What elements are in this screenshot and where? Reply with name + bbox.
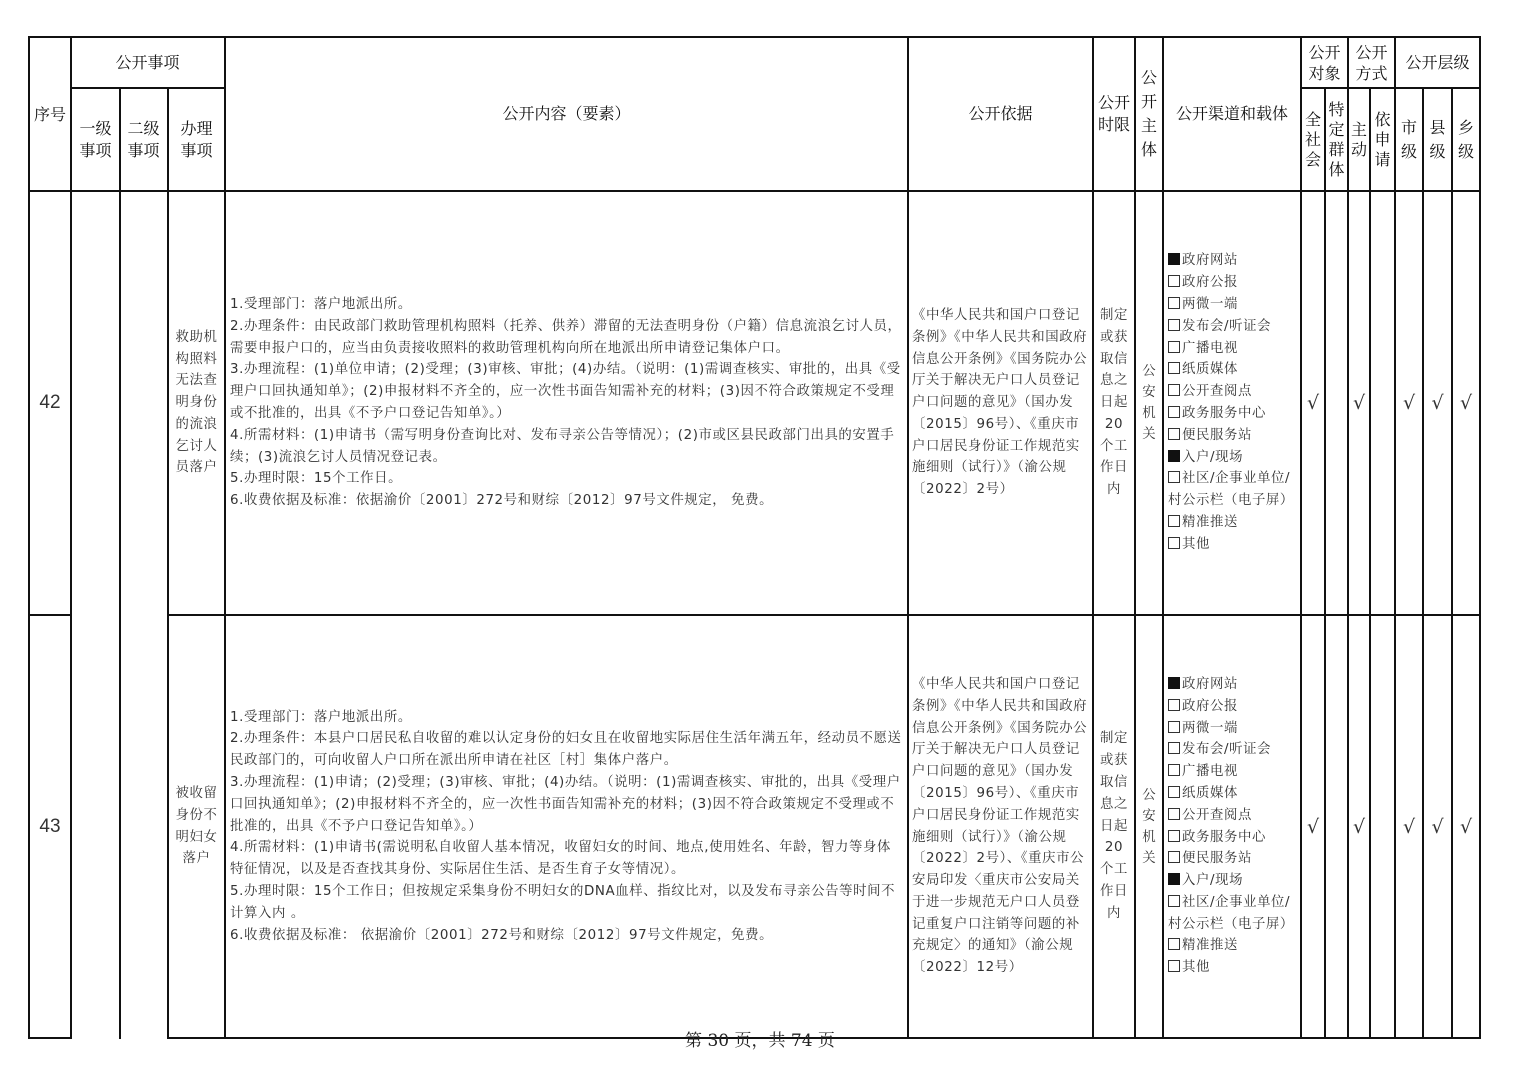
page-number: 第 30 页，共 74 页 xyxy=(0,1026,1520,1051)
header-content: 公开内容（要素） xyxy=(226,38,907,190)
header-target-specific: 特定群体 xyxy=(1326,89,1347,190)
channel-item: 政府网站 xyxy=(1168,250,1296,272)
channel-item: 纸质媒体 xyxy=(1168,783,1296,805)
channel-item: 公开查阅点 xyxy=(1168,381,1296,403)
channel-label: 社区/企事业单位/村公示栏（电子屏） xyxy=(1168,471,1294,508)
channel-item: 纸质媒体 xyxy=(1168,359,1296,381)
row-level-city: √ xyxy=(1396,192,1422,614)
channel-item: 入户/现场 xyxy=(1168,870,1296,892)
channel-label: 精准推送 xyxy=(1182,938,1238,953)
channel-item: 政府网站 xyxy=(1168,674,1296,696)
channel-label: 公开查阅点 xyxy=(1182,808,1252,823)
channel-label: 广播电视 xyxy=(1182,341,1238,356)
header-method-active: 主动 xyxy=(1349,89,1369,190)
row-level-town: √ xyxy=(1453,192,1479,614)
channel-label: 入户/现场 xyxy=(1182,450,1243,465)
channel-label: 发布会/听证会 xyxy=(1182,742,1271,757)
channel-item: 社区/企事业单位/村公示栏（电子屏） xyxy=(1168,468,1296,512)
channel-item: 入户/现场 xyxy=(1168,447,1296,469)
unchecked-box-icon xyxy=(1168,830,1180,842)
checked-box-icon xyxy=(1168,253,1180,265)
channel-item: 其他 xyxy=(1168,957,1296,979)
row-level-city: √ xyxy=(1396,616,1422,1037)
channel-label: 政府公报 xyxy=(1182,699,1238,714)
row-method-active: √ xyxy=(1349,616,1369,1037)
unchecked-box-icon xyxy=(1168,384,1180,396)
header-public-items: 公开事项 xyxy=(71,38,224,87)
unchecked-box-icon xyxy=(1168,471,1180,483)
checked-box-icon xyxy=(1168,677,1180,689)
channel-label: 便民服务站 xyxy=(1182,851,1252,866)
unchecked-box-icon xyxy=(1168,786,1180,798)
channel-label: 入户/现场 xyxy=(1182,873,1243,888)
row-method-request xyxy=(1371,192,1394,614)
channel-item: 精准推送 xyxy=(1168,935,1296,957)
header-method-request: 依申请 xyxy=(1371,89,1394,190)
channel-label: 政府网站 xyxy=(1182,253,1238,268)
header-target: 公开对象 xyxy=(1302,38,1347,87)
channel-item: 精准推送 xyxy=(1168,512,1296,534)
channel-label: 便民服务站 xyxy=(1182,428,1252,443)
row-level2 xyxy=(120,616,167,1037)
unchecked-box-icon xyxy=(1168,960,1180,972)
header-level-town: 乡级 xyxy=(1453,89,1479,190)
unchecked-box-icon xyxy=(1168,515,1180,527)
row-subject: 公安机关 xyxy=(1136,192,1162,614)
channel-label: 精准推送 xyxy=(1182,515,1238,530)
row-level1 xyxy=(72,192,119,614)
row-method-active: √ xyxy=(1349,192,1369,614)
channel-label: 公开查阅点 xyxy=(1182,384,1252,399)
unchecked-box-icon xyxy=(1168,341,1180,353)
unchecked-box-icon xyxy=(1168,537,1180,549)
channel-item: 政府公报 xyxy=(1168,272,1296,294)
unchecked-box-icon xyxy=(1168,699,1180,711)
row-level1 xyxy=(72,616,119,1037)
channel-label: 其他 xyxy=(1182,537,1210,552)
header-target-all: 全社会 xyxy=(1302,89,1324,190)
header-subject: 公开主体 xyxy=(1136,38,1162,190)
channel-label: 两微一端 xyxy=(1182,297,1238,312)
unchecked-box-icon xyxy=(1168,428,1180,440)
unchecked-box-icon xyxy=(1168,851,1180,863)
row-level2 xyxy=(120,192,167,614)
row-handling: 救助机构照料无法查明身份的流浪乞讨人员落户 xyxy=(169,192,224,614)
channel-label: 两微一端 xyxy=(1182,721,1238,736)
header-handling: 办理事项 xyxy=(169,89,224,190)
row-basis: 《中华人民共和国户口登记条例》《中华人民共和国政府信息公开条例》《国务院办公厅关… xyxy=(909,192,1092,614)
row-handling: 被收留身份不明妇女落户 xyxy=(169,616,224,1037)
channel-item: 其他 xyxy=(1168,534,1296,556)
unchecked-box-icon xyxy=(1168,275,1180,287)
channel-item: 政务服务中心 xyxy=(1168,403,1296,425)
row-target-all: √ xyxy=(1302,616,1324,1037)
channel-item: 广播电视 xyxy=(1168,338,1296,360)
header-method: 公开方式 xyxy=(1349,38,1394,87)
channel-item: 社区/企事业单位/村公示栏（电子屏） xyxy=(1168,892,1296,936)
channel-item: 发布会/听证会 xyxy=(1168,316,1296,338)
row-content: 1.受理部门：落户地派出所。 2.办理条件：由民政部门救助管理机构照料（托养、供… xyxy=(226,192,907,614)
channel-item: 政府公报 xyxy=(1168,696,1296,718)
channel-label: 社区/企事业单位/村公示栏（电子屏） xyxy=(1168,895,1294,932)
channel-label: 广播电视 xyxy=(1182,764,1238,779)
header-channels: 公开渠道和载体 xyxy=(1164,38,1300,190)
unchecked-box-icon xyxy=(1168,721,1180,733)
unchecked-box-icon xyxy=(1168,297,1180,309)
row-level-town: √ xyxy=(1453,616,1479,1037)
channel-label: 纸质媒体 xyxy=(1182,786,1238,801)
channel-label: 政府网站 xyxy=(1182,677,1238,692)
unchecked-box-icon xyxy=(1168,742,1180,754)
channel-label: 纸质媒体 xyxy=(1182,362,1238,377)
row-target-all: √ xyxy=(1302,192,1324,614)
row-seq: 43 xyxy=(30,616,70,1037)
channel-item: 两微一端 xyxy=(1168,294,1296,316)
channel-label: 政务服务中心 xyxy=(1182,830,1266,845)
channel-label: 其他 xyxy=(1182,960,1210,975)
header-seq: 序号 xyxy=(30,38,70,190)
document-page: 序号 公开事项 一级事项 二级事项 办理事项 公开内容（要素） 公开依据 公开时… xyxy=(0,0,1520,1074)
header-level: 公开层级 xyxy=(1396,38,1479,87)
channel-list: 政府网站政府公报两微一端发布会/听证会广播电视纸质媒体公开查阅点政务服务中心便民… xyxy=(1168,250,1296,555)
unchecked-box-icon xyxy=(1168,808,1180,820)
header-level-city: 市级 xyxy=(1396,89,1422,190)
row-basis: 《中华人民共和国户口登记条例》《中华人民共和国政府信息公开条例》《国务院办公厅关… xyxy=(909,616,1092,1037)
row-subject: 公安机关 xyxy=(1136,616,1162,1037)
header-level2: 二级事项 xyxy=(120,89,167,190)
header-level1: 一级事项 xyxy=(72,89,119,190)
unchecked-box-icon xyxy=(1168,406,1180,418)
row-channels: 政府网站政府公报两微一端发布会/听证会广播电视纸质媒体公开查阅点政务服务中心便民… xyxy=(1164,192,1300,614)
unchecked-box-icon xyxy=(1168,362,1180,374)
unchecked-box-icon xyxy=(1168,895,1180,907)
unchecked-box-icon xyxy=(1168,319,1180,331)
channel-item: 广播电视 xyxy=(1168,761,1296,783)
row-content: 1.受理部门：落户地派出所。 2.办理条件：本县户口居民私自收留的难以认定身份的… xyxy=(226,616,907,1037)
header-level-county: 县级 xyxy=(1424,89,1451,190)
channel-item: 发布会/听证会 xyxy=(1168,739,1296,761)
row-level-county: √ xyxy=(1424,192,1451,614)
checked-box-icon xyxy=(1168,873,1180,885)
checked-box-icon xyxy=(1168,450,1180,462)
row-time-limit: 制定或获取信息之日起20个工作日内 xyxy=(1094,616,1134,1037)
row-target-specific xyxy=(1326,192,1347,614)
channel-item: 政务服务中心 xyxy=(1168,827,1296,849)
channel-label: 政府公报 xyxy=(1182,275,1238,290)
header-time-limit: 公开时限 xyxy=(1094,38,1134,190)
channel-item: 两微一端 xyxy=(1168,718,1296,740)
channel-item: 便民服务站 xyxy=(1168,848,1296,870)
header-basis: 公开依据 xyxy=(909,38,1092,190)
row-channels: 政府网站政府公报两微一端发布会/听证会广播电视纸质媒体公开查阅点政务服务中心便民… xyxy=(1164,616,1300,1037)
channel-item: 便民服务站 xyxy=(1168,425,1296,447)
unchecked-box-icon xyxy=(1168,938,1180,950)
channel-item: 公开查阅点 xyxy=(1168,805,1296,827)
channel-label: 发布会/听证会 xyxy=(1182,319,1271,334)
row-method-request xyxy=(1371,616,1394,1037)
row-time-limit: 制定或获取信息之日起20个工作日内 xyxy=(1094,192,1134,614)
channel-label: 政务服务中心 xyxy=(1182,406,1266,421)
row-level-county: √ xyxy=(1424,616,1451,1037)
unchecked-box-icon xyxy=(1168,764,1180,776)
row-seq: 42 xyxy=(30,192,70,614)
channel-list: 政府网站政府公报两微一端发布会/听证会广播电视纸质媒体公开查阅点政务服务中心便民… xyxy=(1168,674,1296,979)
row-target-specific xyxy=(1326,616,1347,1037)
